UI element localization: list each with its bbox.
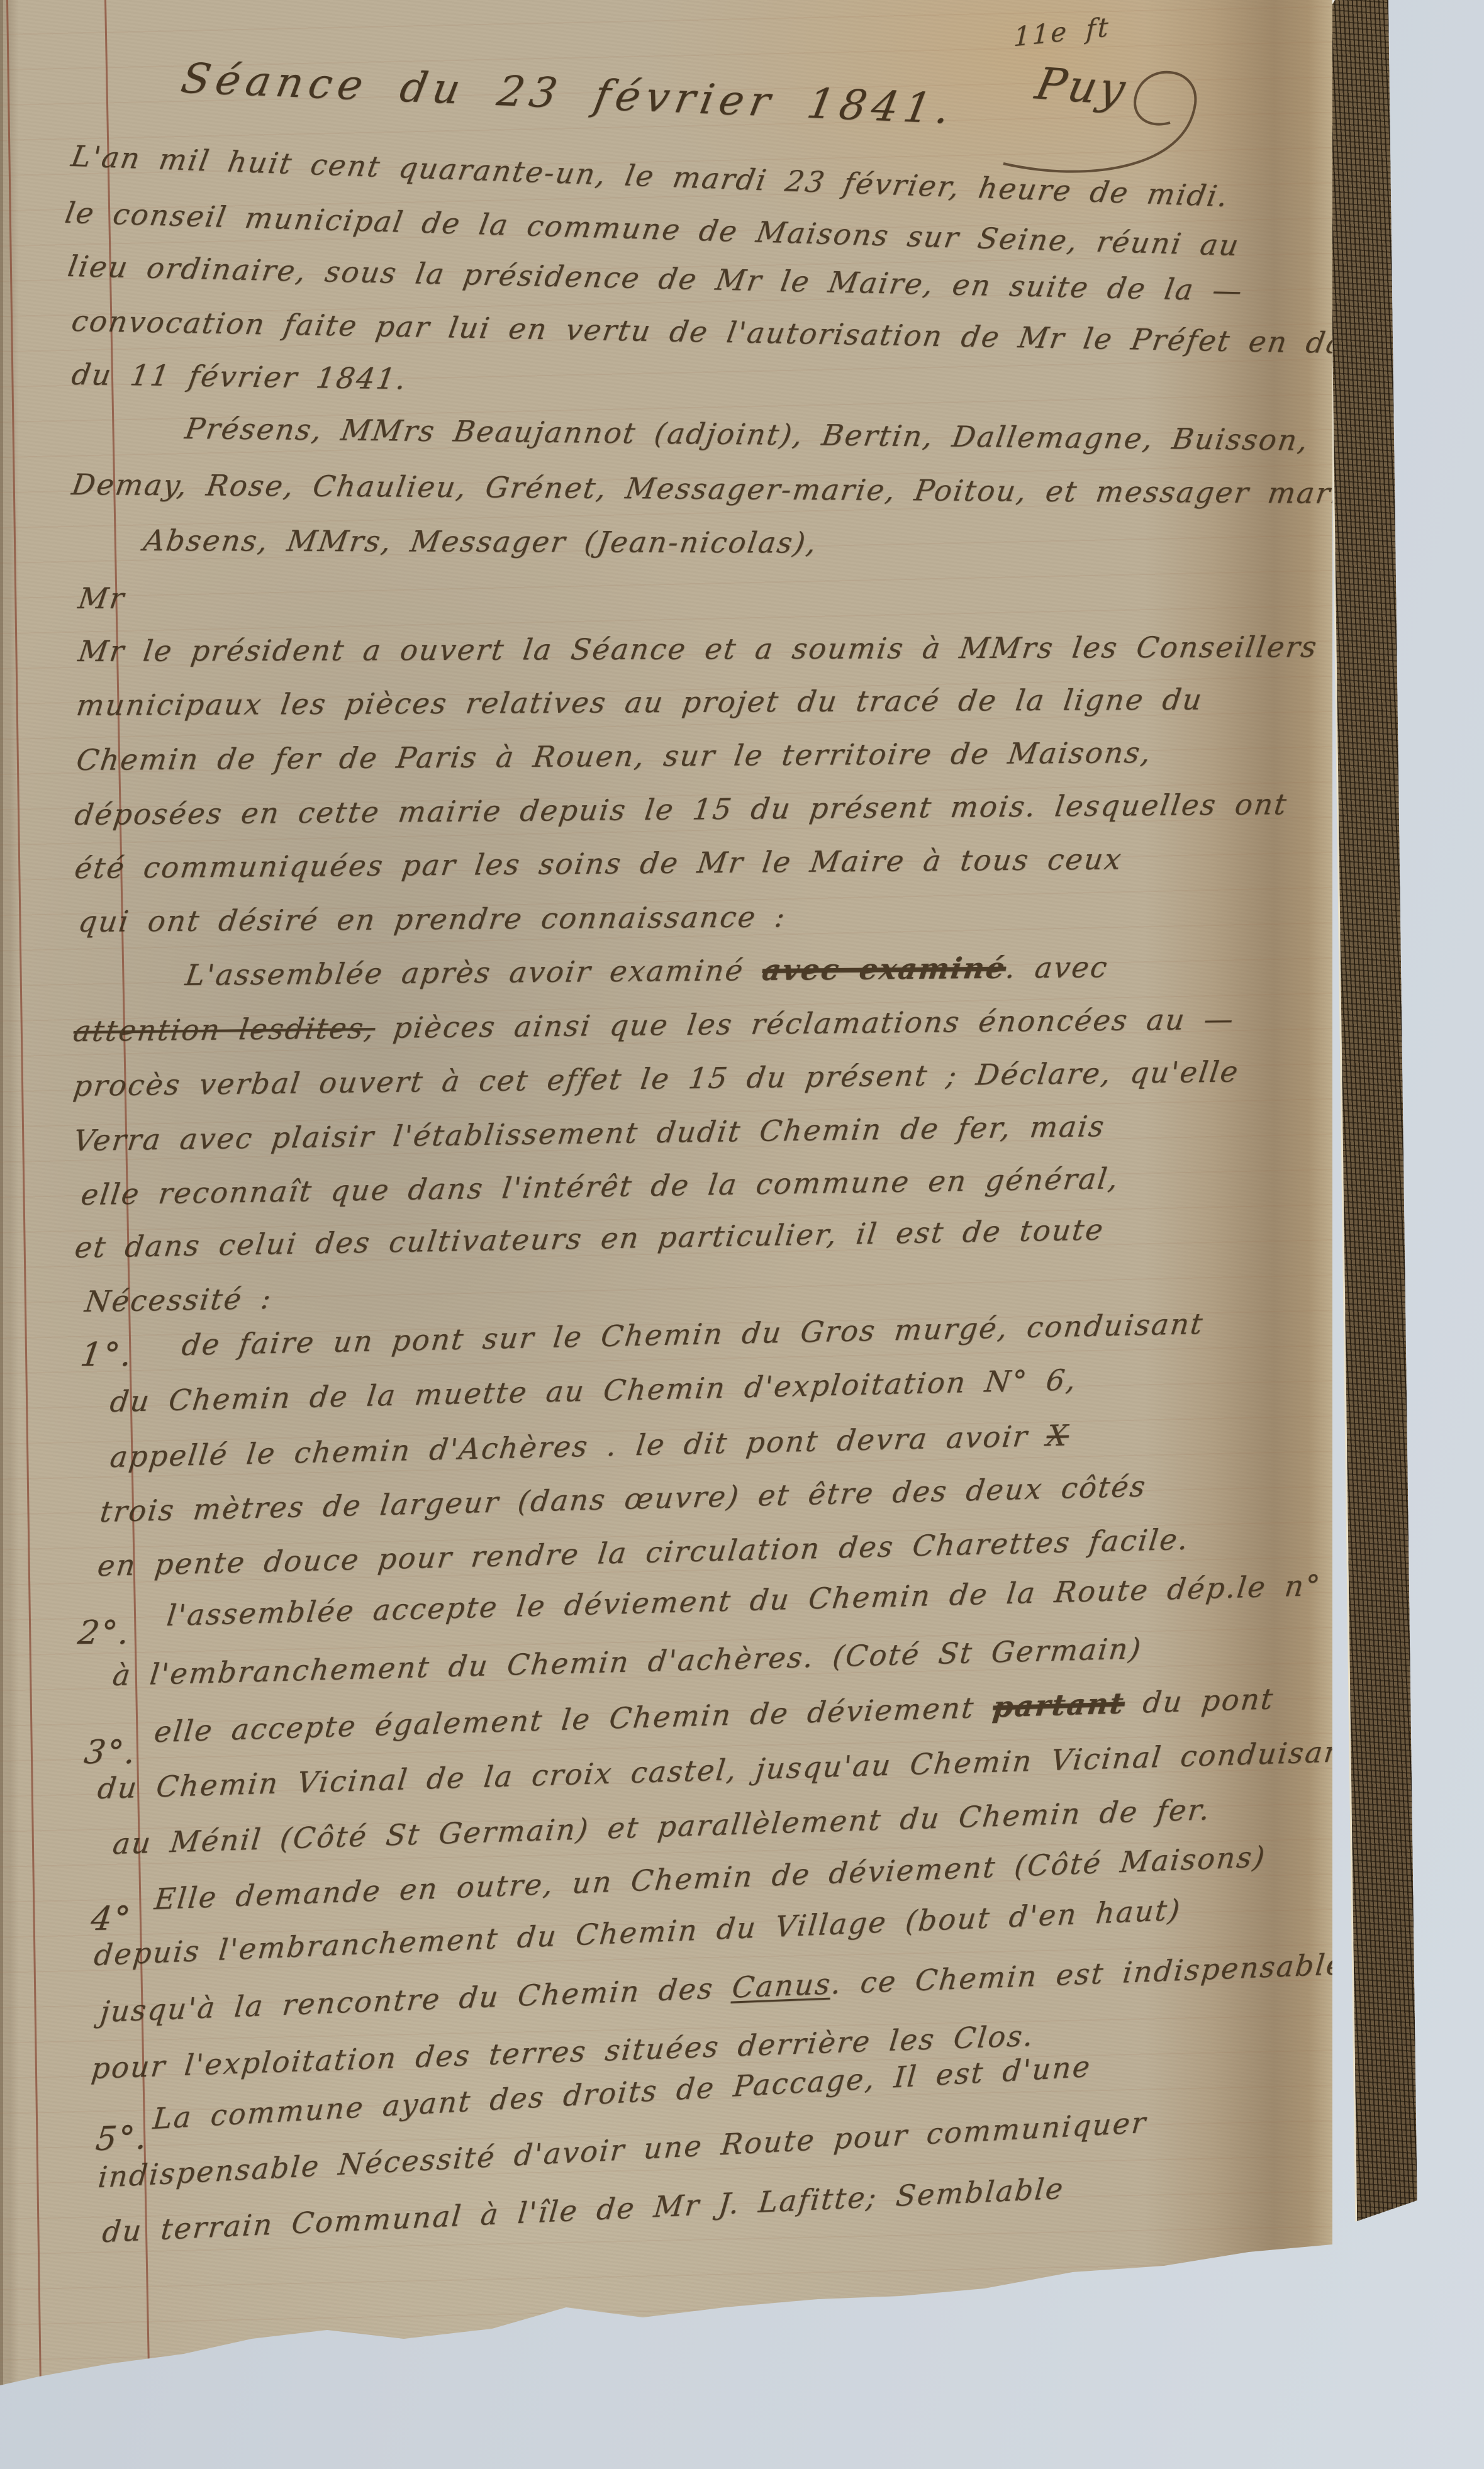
text-segment: jusqu'à la rencontre du Chemin des bbox=[99, 1970, 734, 2029]
text-segment: procès verbal ouvert à cet effet le 15 d… bbox=[72, 1054, 1242, 1103]
text-segment: elle accepte également le Chemin de dévi… bbox=[152, 1690, 995, 1749]
text-segment: 1°. bbox=[78, 1336, 136, 1374]
text-segment: convocation faite par lui en vertu de l'… bbox=[69, 304, 1380, 360]
body-line: Mr bbox=[77, 584, 128, 613]
text-segment: Absens, MMrs, Messager (Jean-nicolas), bbox=[142, 523, 820, 560]
body-line: procès verbal ouvert à cet effet le 15 d… bbox=[72, 1057, 1241, 1100]
body-line: trois mètres de largeur (dans œuvre) et … bbox=[99, 1471, 1148, 1526]
text-segment: municipaux les pièces relatives au proje… bbox=[74, 683, 1205, 722]
text-segment: Mr bbox=[76, 581, 128, 615]
manuscript-page: Séance du 23 février 1841.11e ftPuyL'an … bbox=[0, 0, 1332, 2469]
text-segment: elle reconnaît que dans l'intérêt de la … bbox=[79, 1161, 1122, 1212]
body-line: du 11 février 1841. bbox=[70, 360, 410, 393]
body-line: attention lesdites, pièces ainsi que les… bbox=[72, 1005, 1237, 1045]
text-segment: qui ont désiré en prendre connaissance : bbox=[76, 900, 788, 939]
title-line: Séance du 23 février 1841. bbox=[178, 58, 959, 130]
text-segment: trois mètres de largeur (dans œuvre) et … bbox=[98, 1469, 1148, 1529]
body-line: lieu ordinaire, sous la présidence de Mr… bbox=[66, 252, 1246, 305]
body-line: municipaux les pièces relatives au proje… bbox=[75, 685, 1205, 720]
manuscript-photo: Séance du 23 février 1841.11e ftPuyL'an … bbox=[0, 0, 1484, 2469]
text-segment: L'assemblée après avoir examiné bbox=[183, 953, 764, 992]
item-number: 4° bbox=[89, 1902, 133, 1936]
text-segment: et dans celui des cultivateurs en partic… bbox=[73, 1212, 1107, 1264]
text-segment: du 11 février 1841. bbox=[69, 357, 410, 396]
body-line: Chemin de fer de Paris à Rouen, sur le t… bbox=[75, 738, 1154, 774]
body-line: de faire un pont sur le Chemin du Gros m… bbox=[180, 1309, 1205, 1359]
text-segment: à l'embranchement du Chemin d'achères. (… bbox=[111, 1631, 1144, 1692]
text-segment: Mr le président a ouvert la Séance et a … bbox=[76, 630, 1320, 668]
body-line: appellé le chemin d'Achères . le dit pon… bbox=[109, 1420, 1071, 1471]
text-segment: X bbox=[1045, 1418, 1071, 1452]
body-line: l'assemblée accepte le déviement du Chem… bbox=[165, 1569, 1392, 1630]
folio-line: 11e ft bbox=[1013, 14, 1111, 50]
item-number: 2°. bbox=[76, 1617, 133, 1649]
text-segment: . ce Chemin est indispensable bbox=[830, 1947, 1347, 2001]
body-line: Nécessité : bbox=[83, 1284, 274, 1316]
body-line: été communiquées par les soins de Mr le … bbox=[73, 844, 1124, 883]
text-segment: Présens, MMrs Beaujannot (adjoint), Bert… bbox=[182, 411, 1311, 457]
text-segment: pièces ainsi que les réclamations énoncé… bbox=[373, 1002, 1237, 1045]
body-line: elle accepte également le Chemin de dévi… bbox=[153, 1684, 1276, 1746]
text-segment: Verra avec plaisir l'établissement dudit… bbox=[72, 1109, 1108, 1157]
body-line: Demay, Rose, Chaulieu, Grénet, Messager-… bbox=[70, 470, 1363, 508]
item-number: 3°. bbox=[82, 1736, 139, 1769]
text-segment: 5°. bbox=[94, 2119, 150, 2158]
text-segment: 11e ft bbox=[1013, 11, 1110, 53]
body-line: qui ont désiré en prendre connaissance : bbox=[77, 902, 788, 936]
text-segment: avec examiné bbox=[760, 951, 1008, 987]
text-segment: été communiquées par les soins de Mr le … bbox=[72, 842, 1124, 885]
body-line: elle reconnaît que dans l'intérêt de la … bbox=[79, 1164, 1121, 1209]
text-segment: 2°. bbox=[75, 1614, 133, 1652]
text-segment: 3°. bbox=[82, 1734, 140, 1771]
text-segment: Séance du 23 février 1841. bbox=[177, 54, 959, 133]
text-segment: Chemin de fer de Paris à Rouen, sur le t… bbox=[74, 735, 1154, 777]
text-segment: Demay, Rose, Chaulieu, Grénet, Messager-… bbox=[70, 467, 1363, 510]
text-segment: 4° bbox=[89, 1900, 133, 1938]
body-line: déposées en cette mairie depuis le 15 du… bbox=[73, 789, 1290, 829]
body-line: L'assemblée après avoir examiné avec exa… bbox=[184, 952, 1110, 989]
body-line: et dans celui des cultivateurs en partic… bbox=[73, 1215, 1106, 1262]
text-segment: lieu ordinaire, sous la présidence de Mr… bbox=[65, 249, 1246, 308]
text-segment: Canus bbox=[730, 1966, 833, 2004]
text-segment: partant bbox=[991, 1686, 1127, 1724]
body-line: à l'embranchement du Chemin d'achères. (… bbox=[111, 1634, 1144, 1690]
text-segment: du Chemin de la muette au Chemin d'explo… bbox=[108, 1363, 1079, 1418]
item-number: 1°. bbox=[79, 1339, 135, 1371]
item-number: 5°. bbox=[94, 2121, 150, 2156]
paraph-line: Puy bbox=[1032, 62, 1131, 111]
body-line: en pente douce pour rendre la circulatio… bbox=[96, 1525, 1191, 1581]
manuscript-lines: Séance du 23 février 1841.11e ftPuyL'an … bbox=[0, 0, 1332, 2469]
body-line: convocation faite par lui en vertu de l'… bbox=[70, 306, 1380, 358]
body-line: Verra avec plaisir l'établissement dudit… bbox=[72, 1112, 1107, 1155]
body-line: du Chemin de la muette au Chemin d'explo… bbox=[109, 1365, 1079, 1416]
text-segment: appellé le chemin d'Achères . le dit pon… bbox=[108, 1418, 1049, 1474]
text-segment: attention lesdites, bbox=[71, 1011, 377, 1048]
text-segment: de faire un pont sur le Chemin du Gros m… bbox=[180, 1307, 1206, 1362]
text-segment: déposées en cette mairie depuis le 15 du… bbox=[72, 787, 1290, 832]
body-line: Mr le président a ouvert la Séance et a … bbox=[77, 632, 1320, 666]
body-line: Absens, MMrs, Messager (Jean-nicolas), bbox=[142, 526, 819, 557]
text-segment: . avec bbox=[1004, 950, 1111, 984]
text-segment: Puy bbox=[1031, 58, 1132, 115]
text-segment: Nécessité : bbox=[83, 1281, 274, 1318]
text-segment: en pente douce pour rendre la circulatio… bbox=[96, 1522, 1191, 1583]
text-segment: du pont bbox=[1123, 1681, 1276, 1720]
body-line: Présens, MMrs Beaujannot (adjoint), Bert… bbox=[183, 414, 1311, 455]
